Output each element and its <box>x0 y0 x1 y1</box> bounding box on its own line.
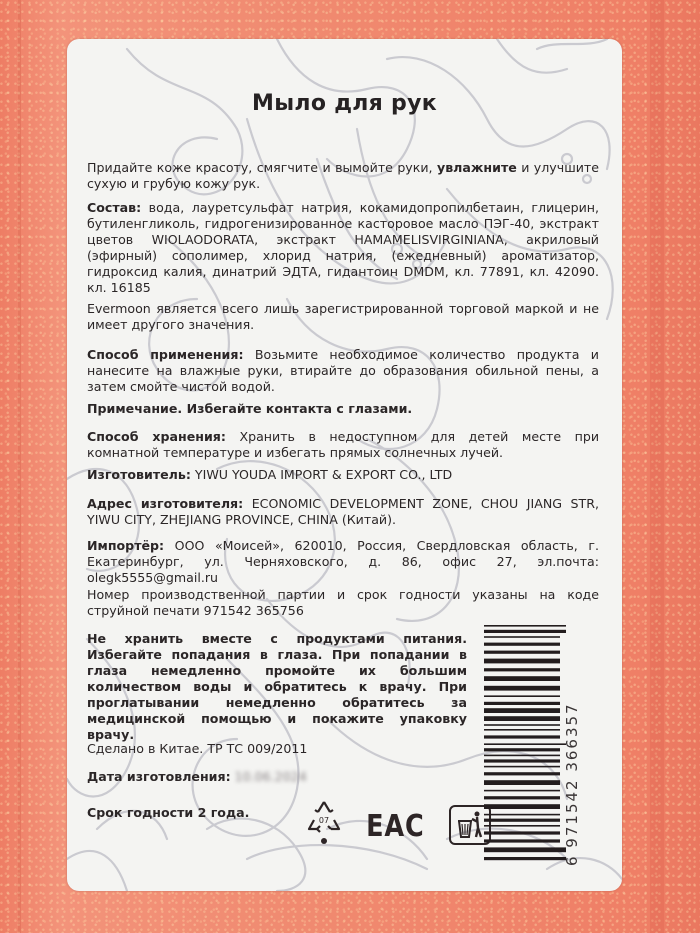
product-label: Мыло для рук Придайте коже красоту, смяг… <box>67 39 622 891</box>
production-date-label: Дата изготовления: <box>87 769 231 784</box>
eye-contact-note: Примечание. Избегайте контакта с глазами… <box>87 401 599 417</box>
composition-text: вода, лауретсульфат натрия, кокамидопроп… <box>87 200 599 295</box>
composition-label: Состав: <box>87 200 141 215</box>
manufacturer-address-label: Адрес изготовителя: <box>87 496 243 511</box>
storage-instructions: Способ хранения: Хранить в недоступном д… <box>87 429 599 461</box>
shelf-life-text: Срок годности 2 года. <box>87 805 249 820</box>
barcode-digits: 6 971542 366357 <box>563 621 587 866</box>
usage-instructions: Способ применения: Возьмите необходимое … <box>87 347 599 395</box>
intro-text-part: Придайте коже красоту, смягчите и вымойт… <box>87 160 437 175</box>
production-date-value: 10.06.2024 <box>235 769 307 785</box>
manufacturer-label: Изготовитель: <box>87 467 191 482</box>
production-date: Дата изготовления: 10.06.2024 <box>87 769 467 785</box>
batch-info: Номер производственной партии и срок год… <box>87 587 599 619</box>
importer: Импортёр: ООО «Моисей», 620010, Россия, … <box>87 538 599 586</box>
manufacturer-address: Адрес изготовителя: ECONOMIC DEVELOPMENT… <box>87 496 599 528</box>
safety-warning-text: Не хранить вместе с продуктами питания. … <box>87 631 467 742</box>
certification-symbols: 07 EAC <box>305 799 492 855</box>
product-title: Мыло для рук <box>87 91 602 116</box>
eac-mark-icon: EAC <box>366 812 424 842</box>
importer-label: Импортёр: <box>87 538 164 553</box>
origin-info: Сделано в Китае. ТР ТС 009/2011 <box>87 741 467 757</box>
importer-text: ООО «Моисей», 620010, Россия, Свердловск… <box>87 538 599 585</box>
svg-text:07: 07 <box>319 816 329 825</box>
intro-text: Придайте коже красоту, смягчите и вымойт… <box>87 160 599 192</box>
barcode-bars <box>480 621 570 866</box>
storage-label: Способ хранения: <box>87 429 226 444</box>
intro-text-bold: увлажните <box>437 160 517 175</box>
composition: Состав: вода, лауретсульфат натрия, кока… <box>87 200 599 296</box>
brand-note: Evermoon является всего лишь зарегистрир… <box>87 301 599 333</box>
note-text: Примечание. Избегайте контакта с глазами… <box>87 401 412 416</box>
usage-label: Способ применения: <box>87 347 244 362</box>
bottle-seam <box>18 0 21 933</box>
safety-warning: Не хранить вместе с продуктами питания. … <box>87 631 467 743</box>
barcode: 6 971542 366357 <box>480 621 590 866</box>
recycle-07-icon: 07 <box>305 799 343 855</box>
manufacturer-name: YIWU YOUDA IMPORT & EXPORT CO., LTD <box>191 467 452 482</box>
manufacturer: Изготовитель: YIWU YOUDA IMPORT & EXPORT… <box>87 467 599 483</box>
bottle-seam-right <box>650 0 664 933</box>
